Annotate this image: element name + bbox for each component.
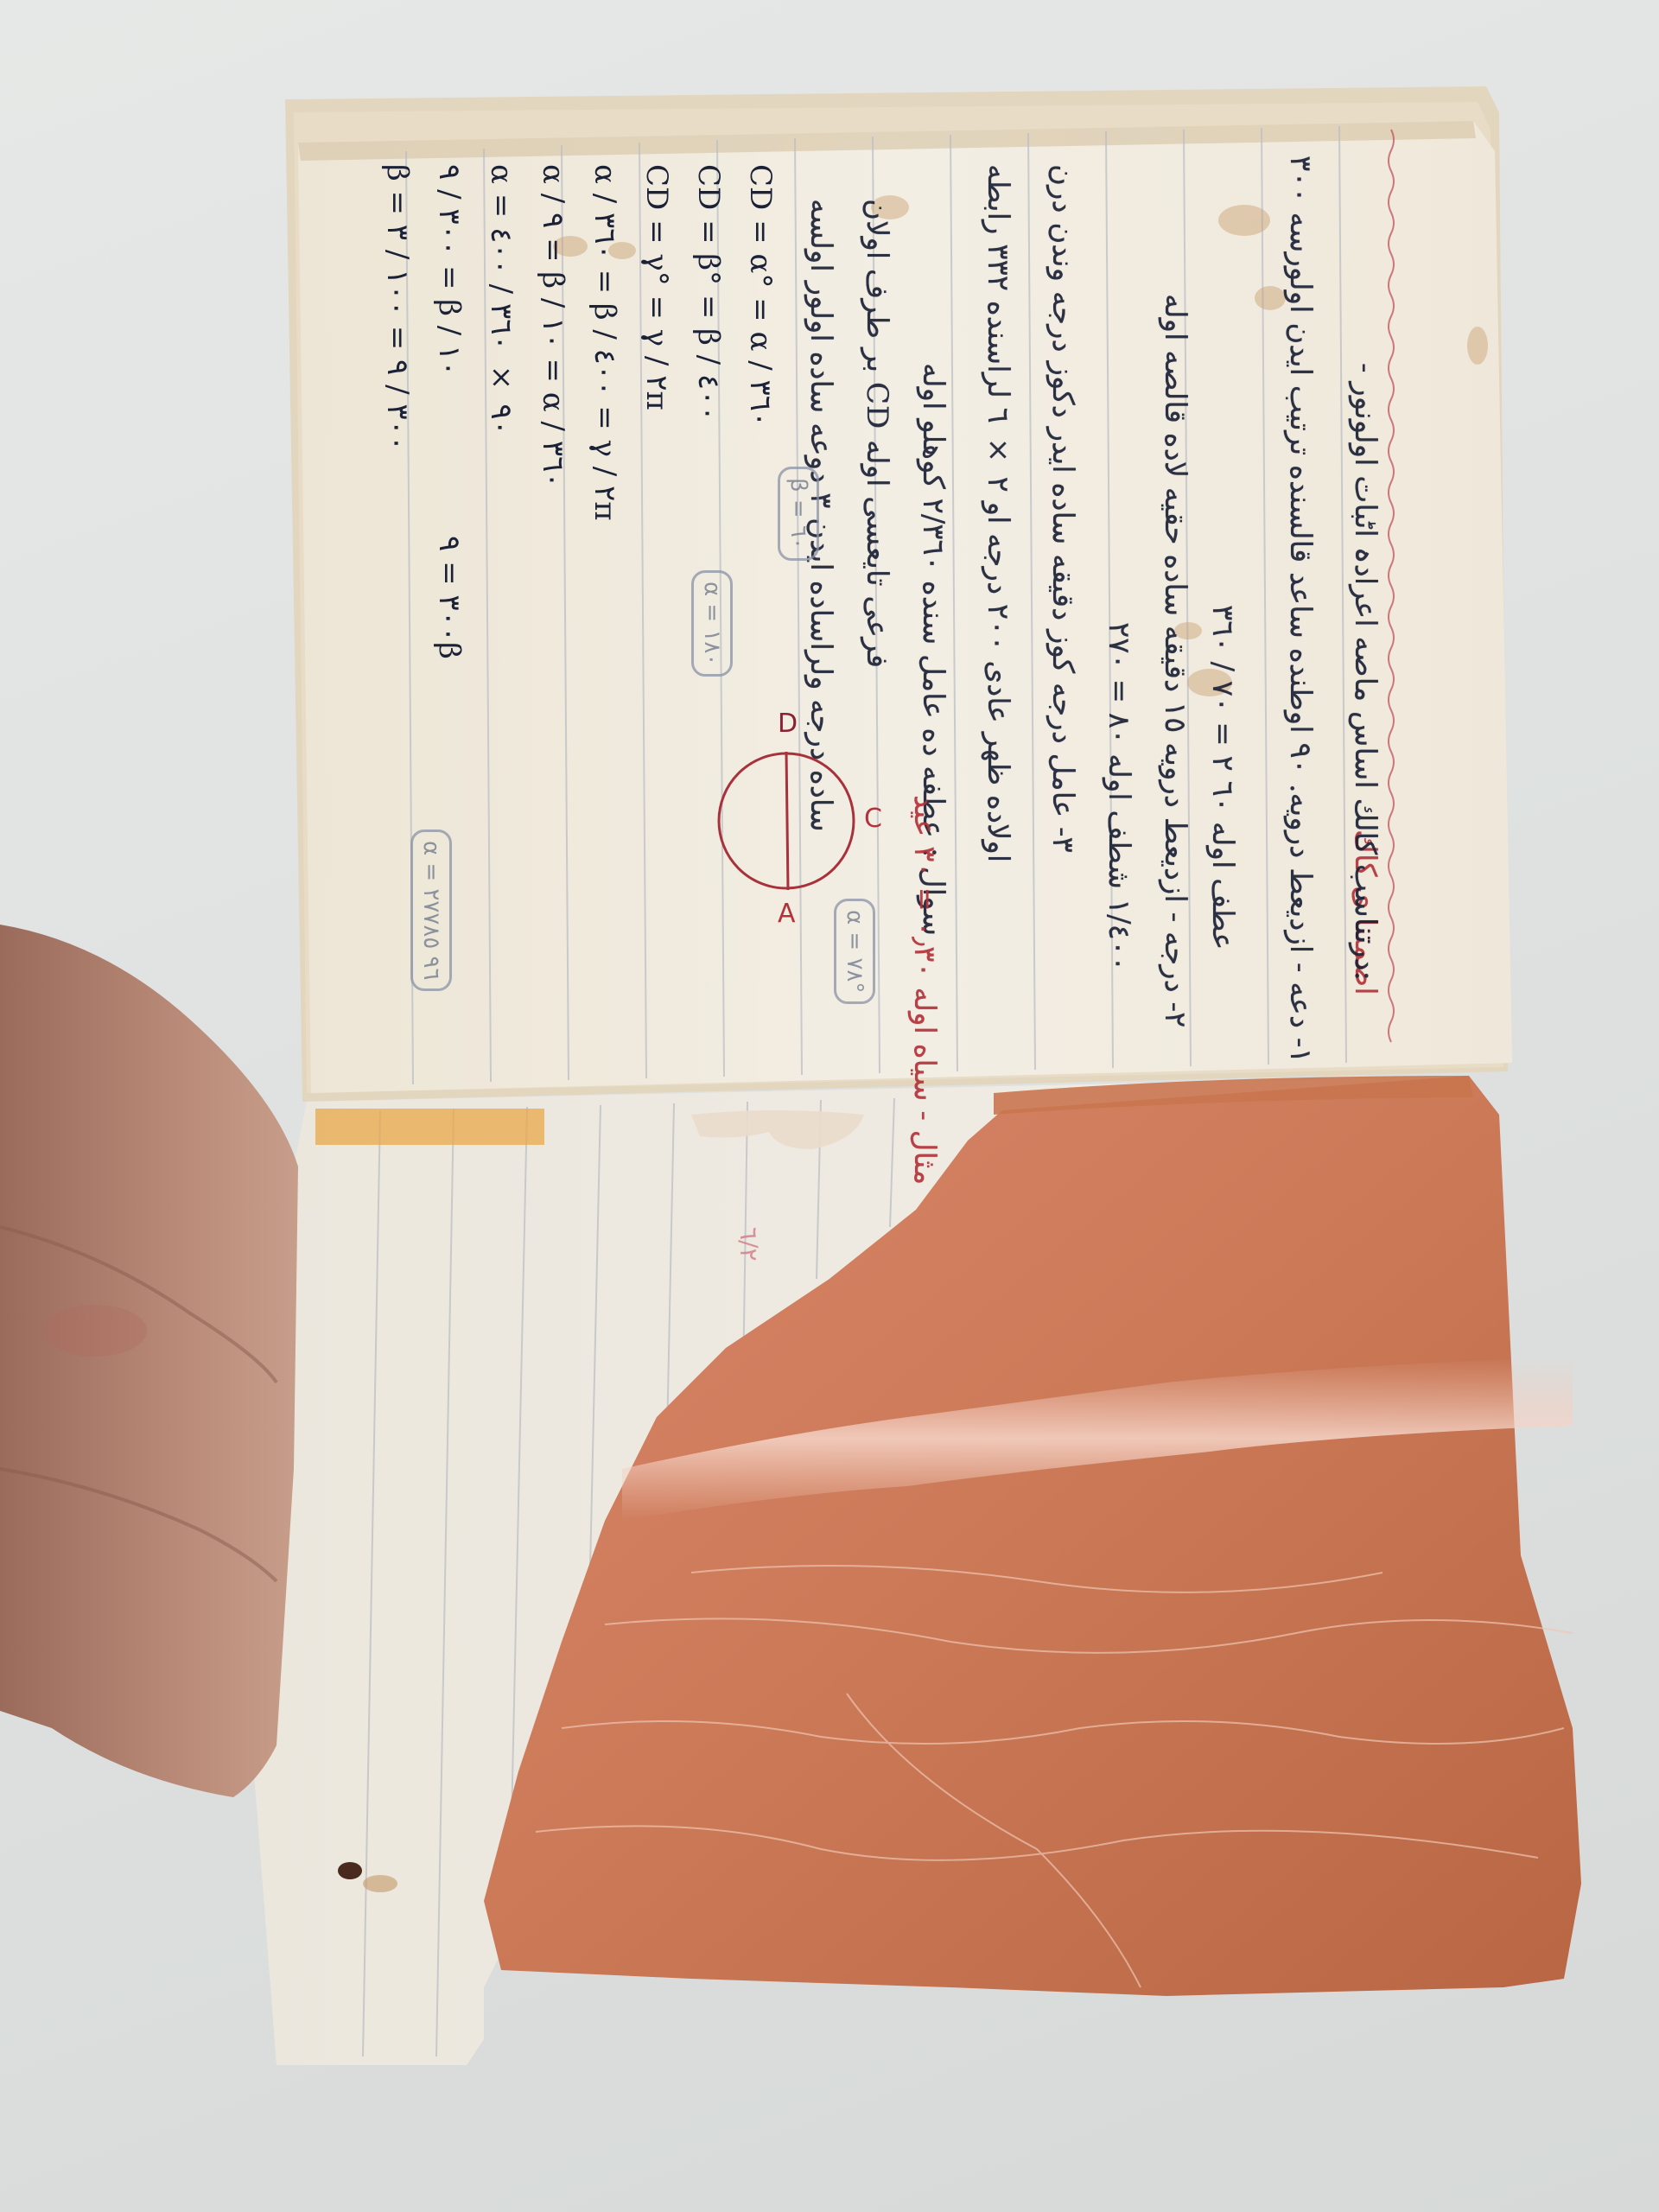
notebook-photo: اصمتنا ی كاك - درتناسب كالك اساس ماصه اع…: [0, 0, 1659, 2212]
text-line-6: اولاده ظهر عادى ٢٠٠ درجه او ٢ × ٦ لراسند…: [981, 164, 1015, 862]
equation-9: β = ٣٠٠ / ٩ = ١٠٠ / ٣: [380, 164, 415, 451]
circle-label-d: D: [778, 709, 798, 739]
text-line-8: بر طرف اولان CD فرعى تايعسى اوله: [860, 199, 894, 668]
heading-black: - درتناسب كالك اساس ماصه اعرادہ اٹبات او…: [1348, 363, 1382, 981]
circle-label-a: A: [778, 899, 796, 929]
tape-strip: [315, 1109, 544, 1145]
upper-page: [298, 121, 1512, 1093]
text-line-5: ٣- عامل درجه كوز دقيقه ساده ايدر دكوز در…: [1046, 164, 1080, 853]
equation-8: ٣٠٠ = ٩β: [432, 536, 467, 659]
boxed-annotation-1: β = ٦٠: [778, 467, 819, 561]
circle-label-c: C: [864, 804, 882, 834]
text-line-2: عطف اوله ٦٠ ٢ = ٧٠ / ٣٦٠: [1205, 605, 1240, 950]
boxed-annotation-3: α = ٩٦ ٢٧٧٨٥: [410, 829, 452, 991]
hand: [0, 925, 298, 1797]
lower-page-red-note: ٦/٢: [734, 1227, 763, 1262]
text-line-3: ٢- درجه - ازدیعط درويه ١٥ دقيقه ساده حقي…: [1158, 294, 1192, 1027]
equation-3: CD = γ° = γ / ٢π: [639, 164, 674, 410]
equation-4: α / ٣٦٠ = β / ٤٠٠ = γ / ٢π: [588, 164, 622, 521]
text-line-4: ١/٤٠٠ شطف اوله ٨٠ = ٢٧٠: [1102, 622, 1136, 971]
equation-5: α / ٩ = β / ١٠ = α / ٣٦٠: [536, 164, 570, 488]
boxed-annotation-4: α = ١٨٠: [691, 570, 733, 677]
text-line-1: ١- دعه - ازدیعط درويه. ٩٠ اوطنده ساعد قا…: [1283, 156, 1318, 1064]
equation-6: α = ٩٠ × ٣٦٠ / ٤٠٠: [484, 164, 518, 435]
equation-7: ٣٠٠ / ٩ = β / ١٠: [432, 164, 467, 377]
text-line-10: مثال - سیاه اوله ٠٫٣٠ = ٣٠ عيد: [907, 795, 942, 1185]
equation-2: CD = β° = β / ٤٠٠: [691, 164, 726, 422]
boxed-annotation-2: α = ٧٨°: [834, 899, 875, 1004]
equation-1: CD = α° = α / ٣٦٠: [743, 164, 778, 427]
